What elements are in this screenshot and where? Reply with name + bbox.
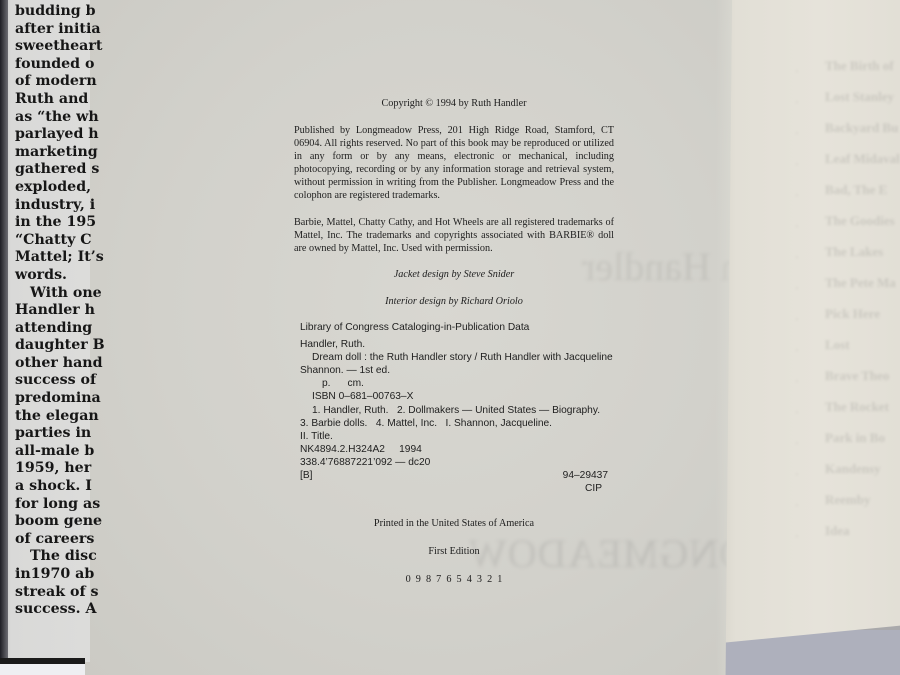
show-through-line: Reemby bbox=[825, 492, 871, 508]
left-page-line: exploded, bbox=[15, 179, 215, 197]
left-page-line: a shock. I bbox=[15, 478, 215, 496]
table-surface-left bbox=[0, 664, 85, 675]
cip-codes-row: [B] 94–29437 bbox=[300, 469, 608, 482]
left-page-line: the elegan bbox=[15, 408, 215, 426]
show-through-mark: · bbox=[795, 343, 799, 358]
cip-title-line-1: Dream doll : the Ruth Handler story / Ru… bbox=[300, 351, 608, 364]
left-page-shadow bbox=[0, 0, 8, 662]
left-page-line: Mattel; It’s bbox=[15, 249, 215, 267]
cip-physical: p. cm. bbox=[300, 377, 608, 390]
show-through-line: Lost Stanley bbox=[825, 89, 894, 105]
left-page-line: founded o bbox=[15, 56, 215, 74]
left-page-line: other hand bbox=[15, 355, 215, 373]
book-photo: The Birth of·Lost Stanley·Backyard Bu·Le… bbox=[0, 0, 900, 675]
publisher-notice: Published by Longmeadow Press, 201 High … bbox=[294, 124, 614, 203]
jacket-design-credit: Jacket design by Steve Snider bbox=[294, 268, 614, 281]
cip-subjects-2: 3. Barbie dolls. 4. Mattel, Inc. I. Shan… bbox=[300, 417, 608, 430]
show-through-line: The Rocket bbox=[825, 399, 889, 415]
cip-heading: Library of Congress Cataloging-in-Public… bbox=[300, 321, 608, 334]
interior-design-credit: Interior design by Richard Oriolo bbox=[294, 295, 614, 308]
show-through-line: Leaf Midaval bbox=[825, 151, 900, 167]
cip-subjects-3: II. Title. bbox=[300, 430, 608, 443]
show-through-mark: · bbox=[795, 64, 799, 79]
left-page-line: gathered s bbox=[15, 161, 215, 179]
show-through-mark: · bbox=[795, 374, 799, 389]
left-page-line: after initia bbox=[15, 21, 215, 39]
print-line: 0 9 8 7 6 5 4 3 2 1 bbox=[294, 573, 614, 586]
left-page-line: Handler h bbox=[15, 302, 215, 320]
show-through-mark: · bbox=[795, 467, 799, 482]
left-page-line: boom gene bbox=[15, 513, 215, 531]
left-page-line: as “the wh bbox=[15, 109, 215, 127]
cip-bracket-code: [B] bbox=[300, 469, 312, 482]
show-through-mark: · bbox=[795, 498, 799, 513]
cip-label: CIP bbox=[300, 482, 608, 495]
cip-lccn: 94–29437 bbox=[563, 469, 608, 482]
left-page-line: of careers bbox=[15, 531, 215, 549]
show-through-line: The Lakes bbox=[825, 244, 883, 260]
cip-lc-class: NK4894.2.H324A2 1994 bbox=[300, 443, 608, 456]
show-through-line: Park in Bo bbox=[825, 430, 885, 446]
left-page-line: parties in bbox=[15, 425, 215, 443]
left-page-line: parlayed h bbox=[15, 126, 215, 144]
left-page-line: all-male b bbox=[15, 443, 215, 461]
show-through-line: The Pete Ma bbox=[825, 275, 896, 291]
show-through-line: Bad, The E bbox=[825, 182, 887, 198]
left-page-line: The disc bbox=[15, 548, 215, 566]
show-through-line: Idea bbox=[825, 523, 850, 539]
left-page-line: of modern bbox=[15, 73, 215, 91]
show-through-line: Brave Theo bbox=[825, 368, 889, 384]
show-through-line: Backyard Bu bbox=[825, 120, 898, 136]
left-page-text: budding bafter initiasweetheartfounded o… bbox=[15, 3, 215, 619]
show-through-mark: · bbox=[795, 312, 799, 327]
left-page-line: success of bbox=[15, 372, 215, 390]
left-page-line: predomina bbox=[15, 390, 215, 408]
left-page-line: in the 195 bbox=[15, 214, 215, 232]
show-through-mark: · bbox=[795, 126, 799, 141]
cip-dewey: 338.4’76887221’092 — dc20 bbox=[300, 456, 608, 469]
left-page-line: in1970 ab bbox=[15, 566, 215, 584]
show-through-mark: · bbox=[795, 250, 799, 265]
cip-subjects-1: 1. Handler, Ruth. 2. Dollmakers — United… bbox=[300, 404, 608, 417]
left-page-line: marketing bbox=[15, 144, 215, 162]
show-through-line: Pick Here bbox=[825, 306, 880, 322]
show-through-line: The Goodies bbox=[825, 213, 895, 229]
left-page-line: sweetheart bbox=[15, 38, 215, 56]
copyright-line: Copyright © 1994 by Ruth Handler bbox=[294, 97, 614, 110]
left-page-line: Ruth and bbox=[15, 91, 215, 109]
show-through-mark: · bbox=[795, 157, 799, 172]
left-page-line: With one bbox=[15, 285, 215, 303]
left-page-line: words. bbox=[15, 267, 215, 285]
left-page-line: budding b bbox=[15, 3, 215, 21]
show-through-mark: · bbox=[795, 95, 799, 110]
show-through-mark: · bbox=[795, 529, 799, 544]
printed-in: Printed in the United States of America bbox=[294, 517, 614, 530]
show-through-mark: · bbox=[795, 436, 799, 451]
show-through-mark: · bbox=[795, 188, 799, 203]
left-page-line: streak of s bbox=[15, 584, 215, 602]
left-page-line: success. A bbox=[15, 601, 215, 619]
left-page-line: daughter B bbox=[15, 337, 215, 355]
trademark-notice: Barbie, Mattel, Chatty Cathy, and Hot Wh… bbox=[294, 216, 614, 255]
cip-author: Handler, Ruth. bbox=[300, 338, 608, 351]
show-through-mark: · bbox=[795, 219, 799, 234]
show-through-line: Lost bbox=[825, 337, 850, 353]
left-page-line: industry, i bbox=[15, 197, 215, 215]
cip-block: Library of Congress Cataloging-in-Public… bbox=[300, 321, 608, 495]
left-page-line: 1959, her bbox=[15, 460, 215, 478]
edition: First Edition bbox=[294, 545, 614, 558]
cip-isbn: ISBN 0–681–00763–X bbox=[300, 390, 608, 403]
show-through-line: The Birth of bbox=[825, 58, 894, 74]
show-through-mark: · bbox=[795, 281, 799, 296]
cip-title-line-2: Shannon. — 1st ed. bbox=[300, 364, 608, 377]
show-through-line: Kandensy bbox=[825, 461, 881, 477]
show-through-mark: · bbox=[795, 405, 799, 420]
left-page-line: “Chatty C bbox=[15, 232, 215, 250]
left-page-line: for long as bbox=[15, 496, 215, 514]
left-page-line: attending bbox=[15, 320, 215, 338]
left-page: budding bafter initiasweetheartfounded o… bbox=[0, 0, 90, 662]
